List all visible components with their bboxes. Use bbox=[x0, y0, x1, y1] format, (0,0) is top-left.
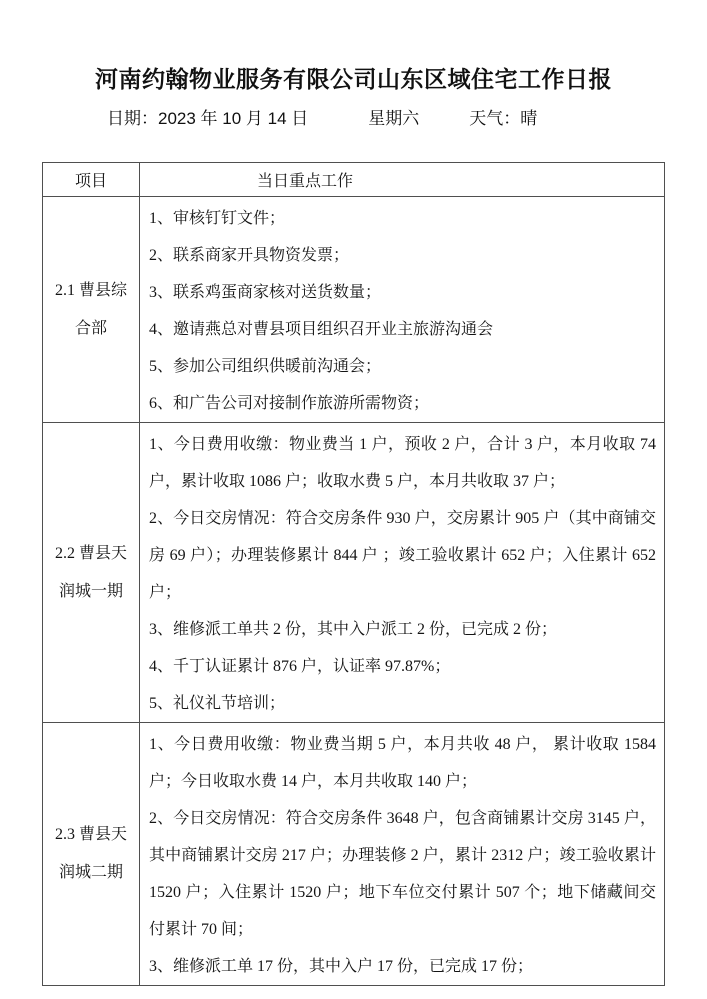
work-item: 3、联系鸡蛋商家核对送货数量； bbox=[149, 274, 656, 311]
project-label: 2.3 曹县天润城二期 bbox=[43, 723, 140, 986]
daily-work-table: 项目 当日重点工作 2.1 曹县综合部 1、审核钉钉文件； 2、联系商家开具物资… bbox=[42, 162, 665, 986]
meta-line: 日期：2023 年 10 月 14 日星期六天气：晴 bbox=[0, 107, 707, 131]
work-item: 1、审核钉钉文件； bbox=[149, 200, 656, 237]
work-item: 6、和广告公司对接制作旅游所需物资； bbox=[149, 385, 656, 422]
work-item: 3、维修派工单共 2 份，其中入户派工 2 份，已完成 2 份； bbox=[149, 611, 656, 648]
column-header-project: 项目 bbox=[43, 163, 140, 197]
work-item: 1、今日费用收缴：物业费当期 5 户，本月共收 48 户， 累计收取 1584 … bbox=[149, 726, 656, 800]
work-item: 5、礼仪礼节培训； bbox=[149, 685, 656, 722]
table-row-caoxian-general: 2.1 曹县综合部 1、审核钉钉文件； 2、联系商家开具物资发票； 3、联系鸡蛋… bbox=[43, 197, 665, 423]
work-items-cell: 1、今日费用收缴：物业费当期 5 户，本月共收 48 户， 累计收取 1584 … bbox=[140, 723, 665, 986]
work-item: 2、今日交房情况：符合交房条件 3648 户，包含商铺累计交房 3145 户，其… bbox=[149, 800, 656, 948]
work-item: 4、千丁认证累计 876 户，认证率 97.87%； bbox=[149, 648, 656, 685]
page-title: 河南约翰物业服务有限公司山东区域住宅工作日报 bbox=[0, 63, 707, 95]
work-item: 2、今日交房情况：符合交房条件 930 户，交房累计 905 户（其中商铺交房 … bbox=[149, 500, 656, 611]
project-label: 2.2 曹县天润城一期 bbox=[43, 423, 140, 723]
work-item: 1、今日费用收缴：物业费当 1 户，预收 2 户，合计 3 户，本月收取 74 … bbox=[149, 426, 656, 500]
work-item: 2、联系商家开具物资发票； bbox=[149, 237, 656, 274]
work-items-cell: 1、审核钉钉文件； 2、联系商家开具物资发票； 3、联系鸡蛋商家核对送货数量； … bbox=[140, 197, 665, 423]
weekday-text: 星期六 bbox=[368, 109, 419, 128]
table-header-row: 项目 当日重点工作 bbox=[43, 163, 665, 197]
table-row-tianrun-phase2: 2.3 曹县天润城二期 1、今日费用收缴：物业费当期 5 户，本月共收 48 户… bbox=[43, 723, 665, 986]
table-row-tianrun-phase1: 2.2 曹县天润城一期 1、今日费用收缴：物业费当 1 户，预收 2 户，合计 … bbox=[43, 423, 665, 723]
work-item: 3、维修派工单 17 份，其中入户 17 份，已完成 17 份； bbox=[149, 948, 656, 985]
column-header-work: 当日重点工作 bbox=[140, 163, 665, 197]
work-item: 4、邀请燕总对曹县项目组织召开业主旅游沟通会 bbox=[149, 311, 656, 348]
weather-text: 天气：晴 bbox=[469, 109, 537, 128]
date-text: 日期：2023 年 10 月 14 日 bbox=[107, 109, 308, 128]
work-items-cell: 1、今日费用收缴：物业费当 1 户，预收 2 户，合计 3 户，本月收取 74 … bbox=[140, 423, 665, 723]
work-item: 5、参加公司组织供暖前沟通会； bbox=[149, 348, 656, 385]
project-label: 2.1 曹县综合部 bbox=[43, 197, 140, 423]
